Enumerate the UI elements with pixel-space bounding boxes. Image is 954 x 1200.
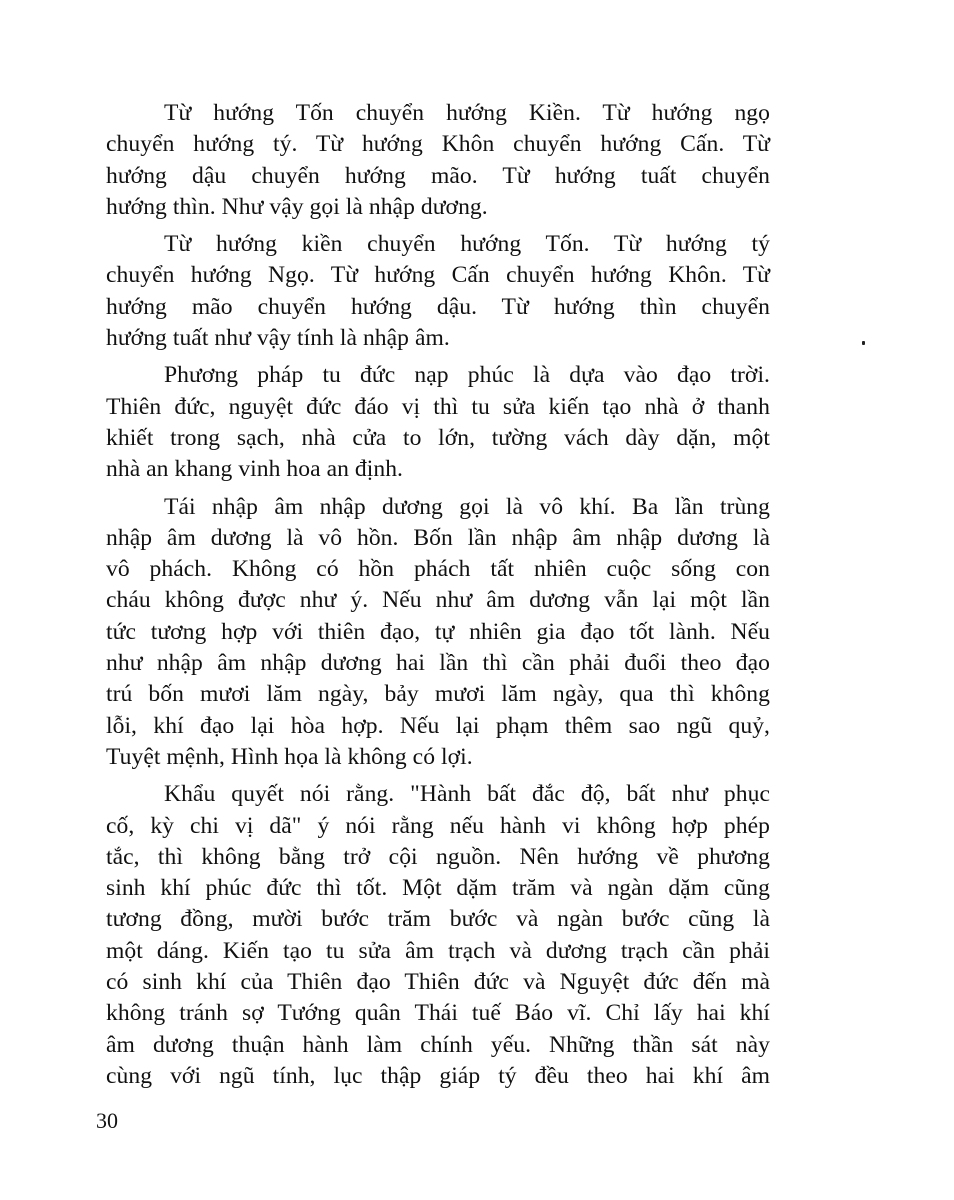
paragraph-3: Phương pháp tu đức nạp phúc là dựa vào đ… xyxy=(106,360,770,485)
text-line: chuyển hướng tý. Từ hướng Khôn chuyển hư… xyxy=(106,129,770,160)
text-line: Tuyệt mệnh, Hình họa là không có lợi. xyxy=(106,742,770,773)
paragraph-2: Từ hướng kiền chuyển hướng Tốn. Từ hướng… xyxy=(106,229,770,354)
text-line: sinh khí phúc đức thì tốt. Một dặm trăm … xyxy=(106,873,770,904)
text-line: Từ hướng Tốn chuyển hướng Kiền. Từ hướng… xyxy=(106,98,770,129)
text-line: nhập âm dương là vô hồn. Bốn lần nhập âm… xyxy=(106,523,770,554)
document-page: Từ hướng Tốn chuyển hướng Kiền. Từ hướng… xyxy=(106,98,770,1098)
text-line: khiết trong sạch, nhà cửa to lớn, tường … xyxy=(106,423,770,454)
text-line: cháu không được như ý. Nếu như âm dương … xyxy=(106,585,770,616)
text-line: Khẩu quyết nói rằng. "Hành bất đắc độ, b… xyxy=(106,779,770,810)
text-line: tương đồng, mười bước trăm bước và ngàn … xyxy=(106,904,770,935)
text-line: lỗi, khí đạo lại hòa hợp. Nếu lại phạm t… xyxy=(106,711,770,742)
paragraph-1: Từ hướng Tốn chuyển hướng Kiền. Từ hướng… xyxy=(106,98,770,223)
text-line: hướng tuất như vậy tính là nhập âm. xyxy=(106,323,770,354)
text-line: Từ hướng kiền chuyển hướng Tốn. Từ hướng… xyxy=(106,229,770,260)
text-line: trú bốn mươi lăm ngày, bảy mươi lăm ngày… xyxy=(106,679,770,710)
text-line: như nhập âm nhập dương hai lần thì cần p… xyxy=(106,648,770,679)
text-line: Tái nhập âm nhập dương gọi là vô khí. Ba… xyxy=(106,492,770,523)
text-line: cố, kỳ chi vị dã" ý nói rằng nếu hành vi… xyxy=(106,811,770,842)
text-line: âm dương thuận hành làm chính yếu. Những… xyxy=(106,1030,770,1061)
text-line: hướng dậu chuyển hướng mão. Từ hướng tuấ… xyxy=(106,161,770,192)
text-line: tắc, thì không bằng trở cội nguồn. Nên h… xyxy=(106,842,770,873)
text-line: cùng với ngũ tính, lục thập giáp tý đều … xyxy=(106,1061,770,1092)
text-line: hướng thìn. Như vậy gọi là nhập dương. xyxy=(106,192,770,223)
text-line: vô phách. Không có hồn phách tất nhiên c… xyxy=(106,554,770,585)
text-line: có sinh khí của Thiên đạo Thiên đức và N… xyxy=(106,967,770,998)
text-line: nhà an khang vinh hoa an định. xyxy=(106,454,770,485)
text-line: hướng mão chuyển hướng dậu. Từ hướng thì… xyxy=(106,292,770,323)
scan-speck xyxy=(862,341,865,345)
text-line: một dáng. Kiến tạo tu sửa âm trạch và dư… xyxy=(106,936,770,967)
text-line: không tránh sợ Tướng quân Thái tuế Báo v… xyxy=(106,998,770,1029)
page-number: 30 xyxy=(96,1108,118,1134)
paragraph-4: Tái nhập âm nhập dương gọi là vô khí. Ba… xyxy=(106,492,770,774)
paragraph-5: Khẩu quyết nói rằng. "Hành bất đắc độ, b… xyxy=(106,779,770,1092)
text-line: chuyển hướng Ngọ. Từ hướng Cấn chuyển hư… xyxy=(106,260,770,291)
text-line: Thiên đức, nguyệt đức đáo vị thì tu sửa … xyxy=(106,392,770,423)
text-line: Phương pháp tu đức nạp phúc là dựa vào đ… xyxy=(106,360,770,391)
text-line: tức tương hợp với thiên đạo, tự nhiên gi… xyxy=(106,617,770,648)
